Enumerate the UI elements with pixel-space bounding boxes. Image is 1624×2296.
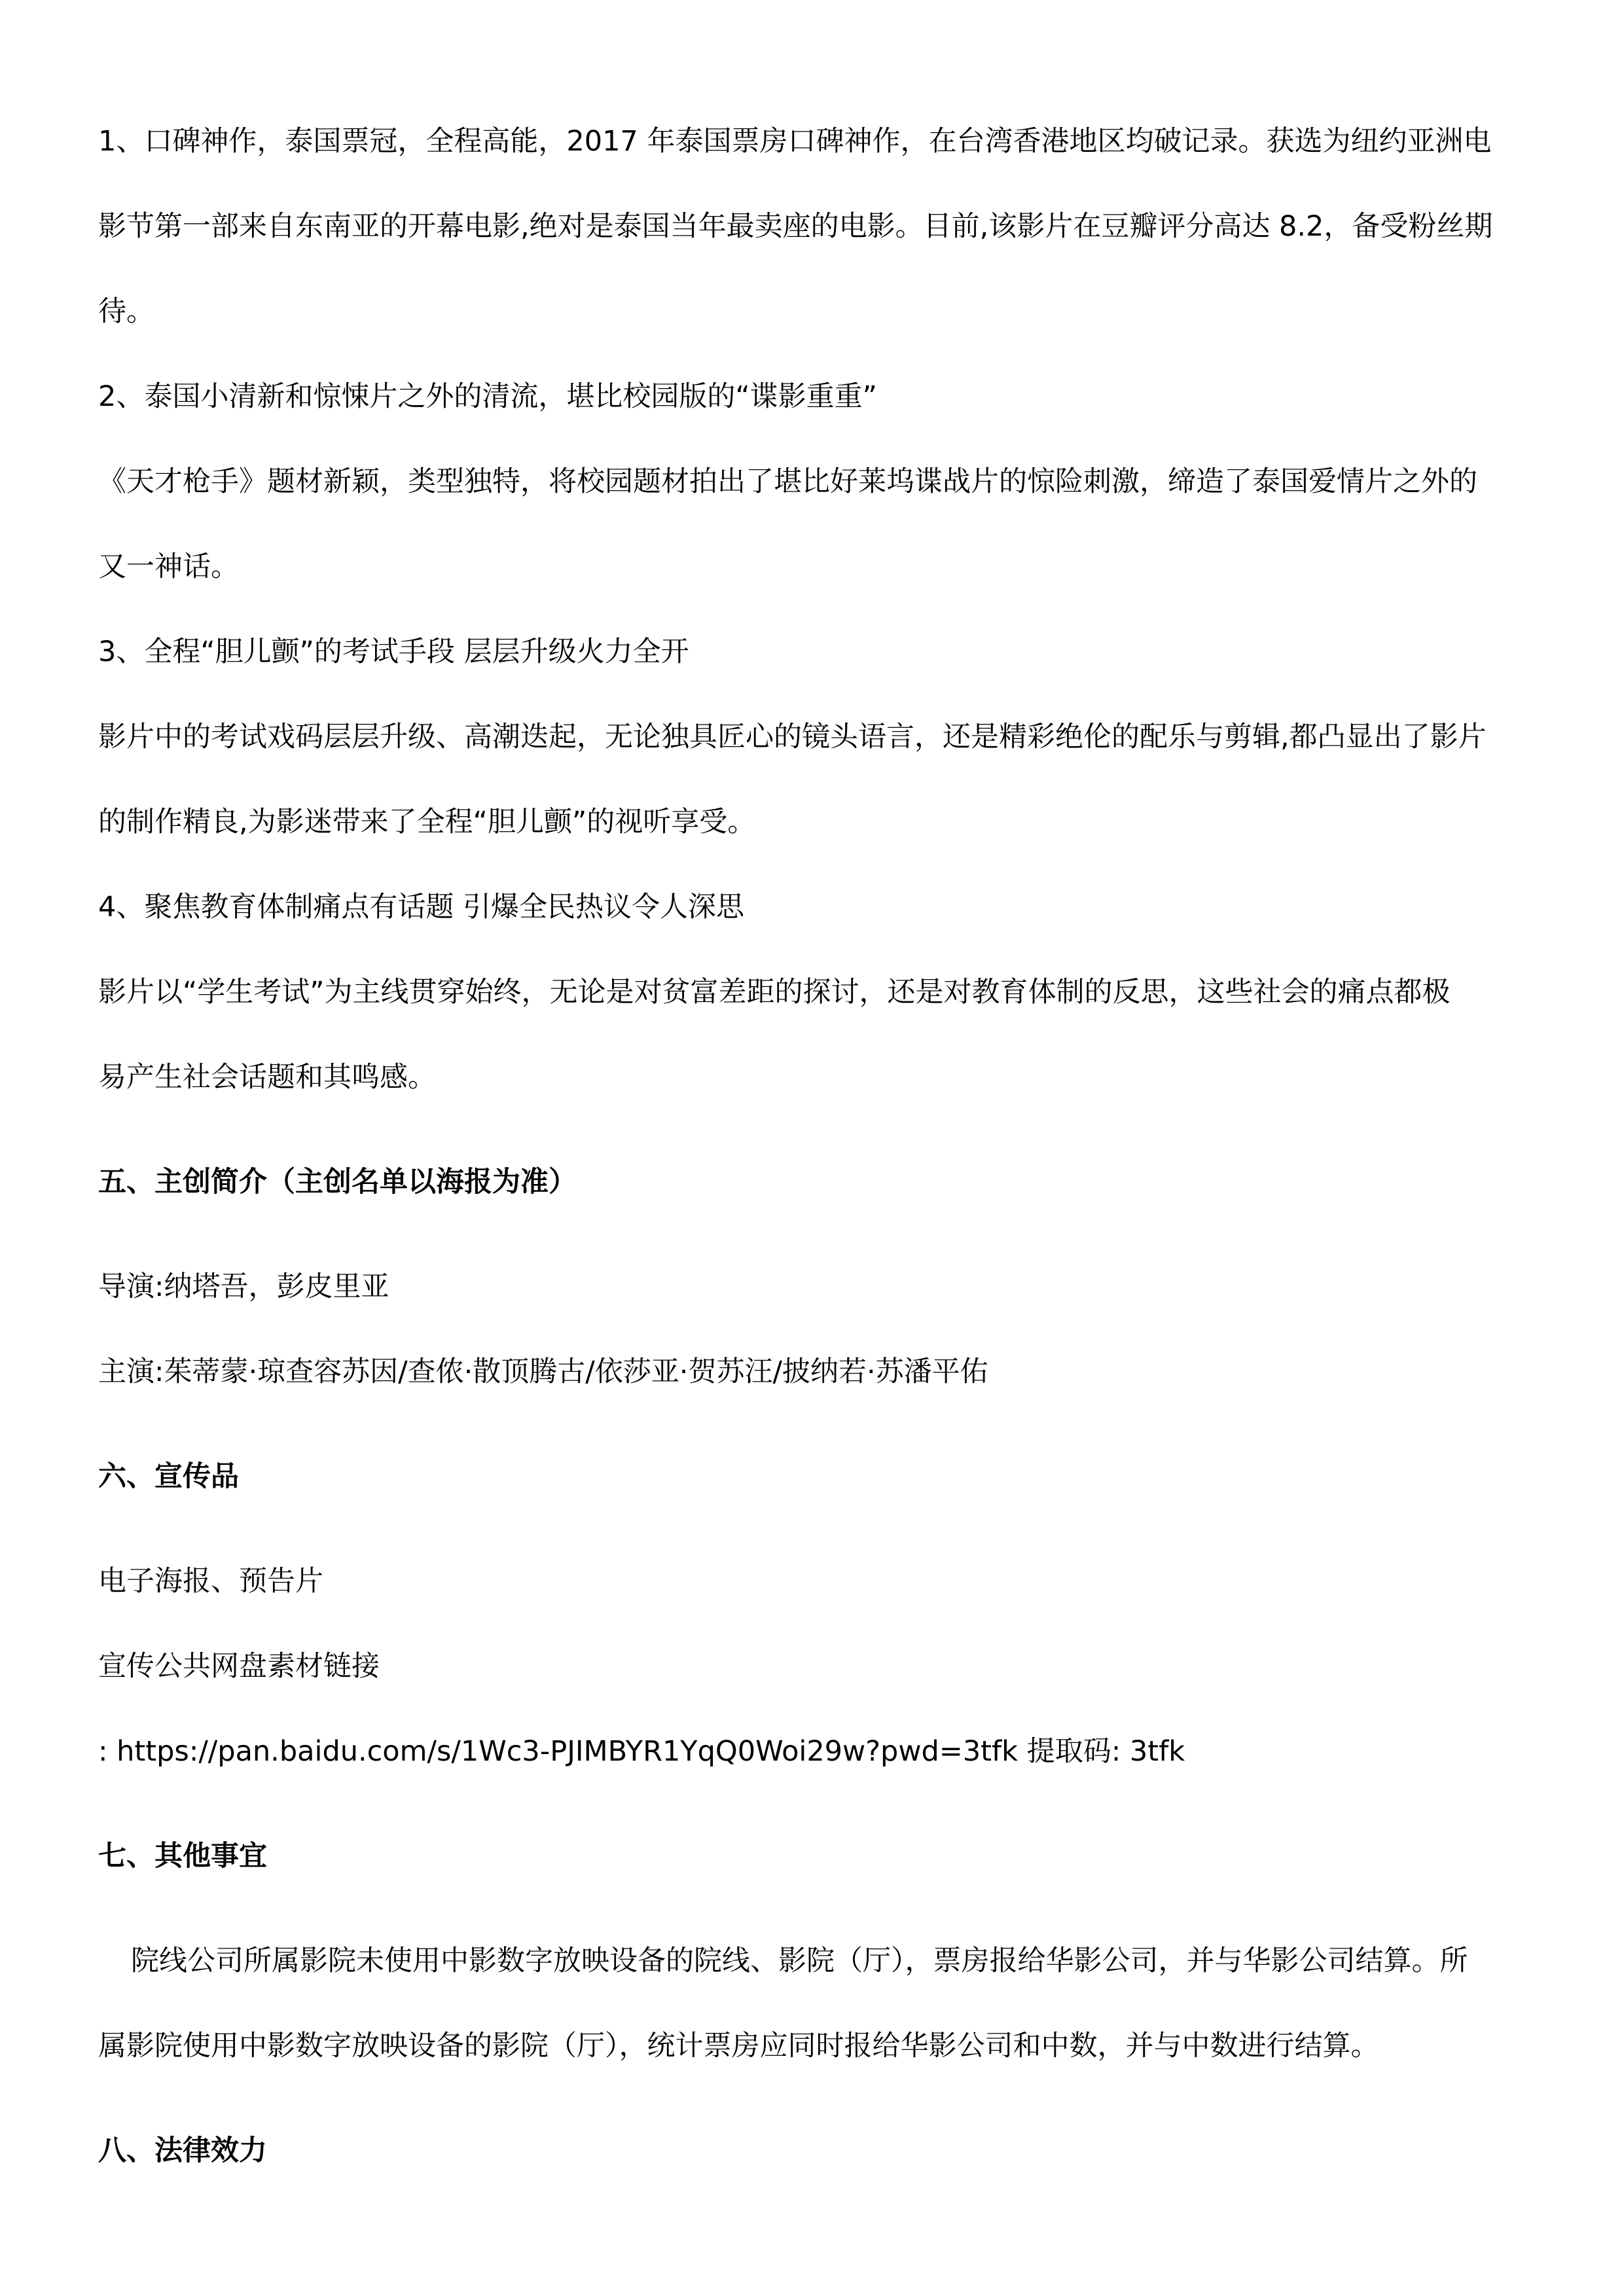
point-2-line-1: 《天才枪手》题材新颖，类型独特，将校园题材拍出了堪比好莱坞谍战片的惊险刺激，缔造… — [98, 462, 1477, 501]
point-4-title: 4、聚焦教育体制痛点有话题 引爆全民热议令人深思 — [98, 888, 744, 927]
netdisk-link[interactable]: : https://pan.baidu.com/s/1Wc3-PJIMBYR1Y… — [98, 1732, 1185, 1771]
point-2-line-2: 又一神话。 — [98, 547, 239, 586]
section-8-heading: 八、法律效力 — [98, 2131, 267, 2170]
point-3-title: 3、全程“胆儿颤”的考试手段 层层升级火力全开 — [98, 632, 689, 672]
point-2-title: 2、泰国小清新和惊悚片之外的清流，堪比校园版的“谍影重重” — [98, 377, 877, 416]
netdisk-link-label: 宣传公共网盘素材链接 — [98, 1647, 380, 1686]
cast-line: 主演:茱蒂蒙·琼查容苏因/查侬·散顶腾古/依莎亚·贺苏汪/披纳若·苏潘平佑 — [98, 1352, 988, 1391]
point-3-line-2: 的制作精良,为影迷带来了全程“胆儿颤”的视听享受。 — [98, 802, 755, 842]
section-6-heading: 六、宣传品 — [98, 1457, 239, 1496]
promo-items: 电子海报、预告片 — [98, 1562, 323, 1601]
point-3-line-1: 影片中的考试戏码层层升级、高潮迭起，无论独具匠心的镜头语言，还是精彩绝伦的配乐与… — [98, 717, 1487, 757]
section-7-line-1: 院线公司所属影院未使用中影数字放映设备的院线、影院（厅），票房报给华影公司，并与… — [98, 1941, 1468, 1981]
section-5-heading: 五、主创简介（主创名单以海报为准） — [98, 1162, 577, 1202]
point-1-line-1: 1、口碑神作，泰国票冠，全程高能，2017 年泰国票房口碑神作，在台湾香港地区均… — [98, 122, 1491, 161]
point-1-line-3: 待。 — [98, 292, 154, 331]
point-1-line-2: 影节第一部来自东南亚的开幕电影,绝对是泰国当年最卖座的电影。目前,该影片在豆瓣评… — [98, 207, 1492, 246]
section-7-heading: 七、其他事宜 — [98, 1837, 267, 1876]
section-7-line-2: 属影院使用中影数字放映设备的影院（厅），统计票房应同时报给华影公司和中数，并与中… — [98, 2026, 1379, 2066]
point-4-line-1: 影片以“学生考试”为主线贯穿始终，无论是对贫富差距的探讨，还是对教育体制的反思，… — [98, 973, 1451, 1012]
point-4-line-2: 易产生社会话题和其鸣感。 — [98, 1058, 436, 1097]
director-line: 导演:纳塔吾，彭皮里亚 — [98, 1267, 389, 1306]
